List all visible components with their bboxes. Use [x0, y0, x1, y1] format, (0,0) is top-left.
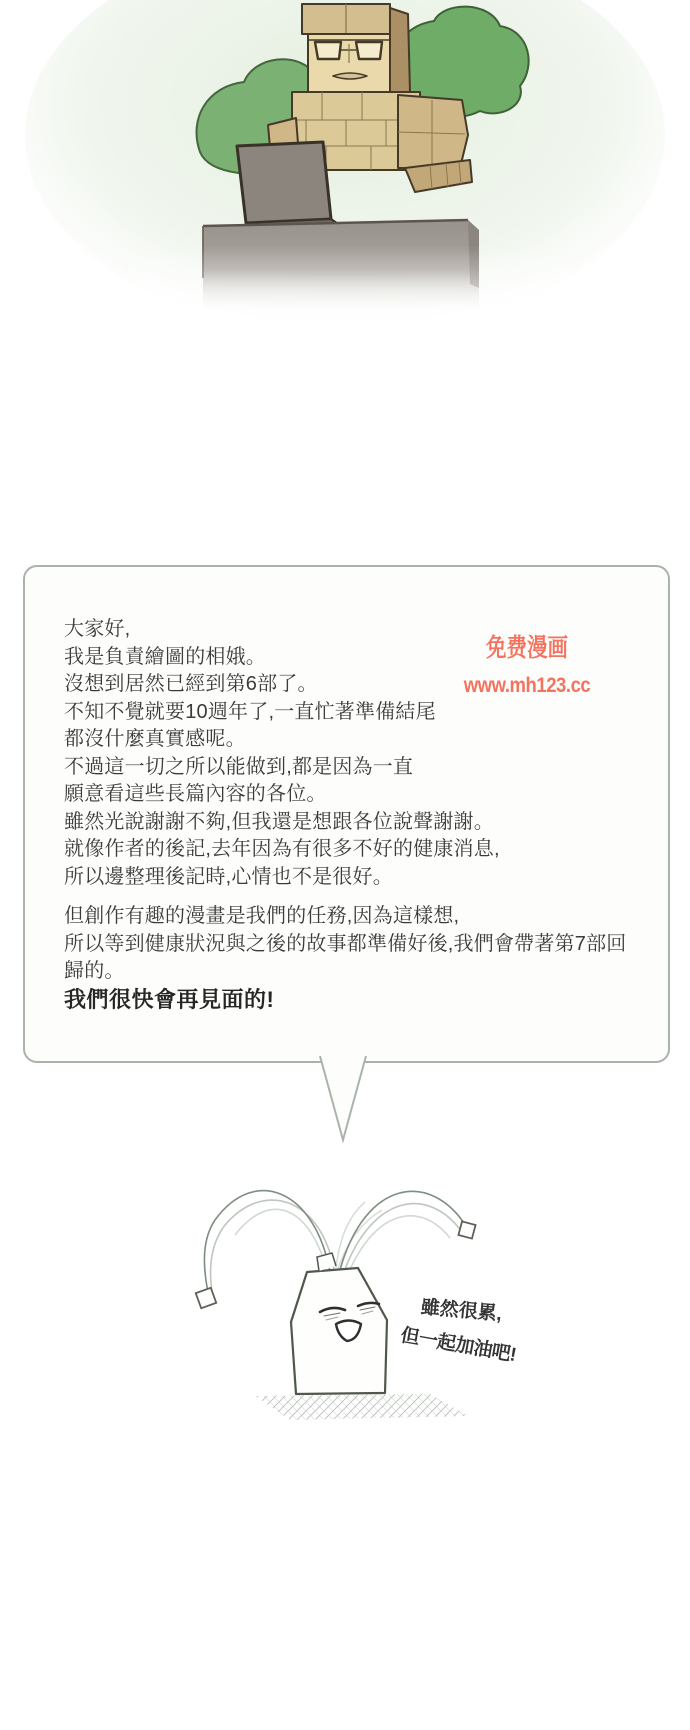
- text-line: 沒想到居然已經到第6部了。: [64, 673, 318, 695]
- string-tag-left: [196, 1288, 217, 1309]
- text-line: 所以等到健康狀況與之後的故事都準備好後,我們會帶著第7部回歸的。: [64, 933, 626, 983]
- golem-mouth: [333, 73, 367, 79]
- text-line: 都沒什麼真實感呢。: [64, 728, 246, 750]
- text-line: 不知不覺就要10週年了,一直忙著準備結尾: [64, 701, 436, 723]
- text-line: 雖然光說謝謝不夠,但我還是想跟各位說聲謝謝。: [64, 811, 494, 833]
- text-line: 不過這一切之所以能做到,都是因為一直: [64, 756, 413, 778]
- string-tag-right: [458, 1221, 475, 1238]
- golem-eye-right: [356, 42, 382, 59]
- text-line: 願意看這些長篇內容的各位。: [64, 783, 327, 805]
- watermark-url: www.mh123.cc: [439, 675, 615, 696]
- golem-illustration: [0, 0, 690, 340]
- teabag-string-right: [336, 1191, 466, 1274]
- watermark: 免费漫画 www.mh123.cc: [427, 636, 627, 696]
- text-line: 但創作有趣的漫畫是我們的任務,因為這樣想,: [64, 905, 459, 927]
- golem-arm-right: [398, 95, 468, 168]
- comic-page: 大家好, 我是負責繪圖的相娥。 沒想到居然已經到第6部了。 不知不覺就要10週年…: [0, 0, 690, 1730]
- text-line: 所以邊整理後記時,心情也不是很好。: [64, 866, 393, 888]
- closing-line: 我們很快會再見面的!: [64, 986, 639, 1014]
- watermark-title: 免费漫画: [445, 636, 609, 661]
- paragraph-2: 但創作有趣的漫畫是我們的任務,因為這樣想, 所以等到健康狀況與之後的故事都準備好…: [64, 903, 639, 986]
- text-line: 大家好,: [64, 618, 130, 640]
- golem-eye-left: [315, 42, 341, 59]
- text-line: 我是負責繪圖的相娥。: [64, 646, 266, 668]
- ground-shadow: [255, 1394, 468, 1420]
- bubble-tail: [0, 1050, 690, 1160]
- teabag-mascot-illustration: [0, 1150, 690, 1450]
- text-line: 就像作者的後記,去年因為有很多不好的健康消息,: [64, 838, 500, 860]
- bottom-fade: [130, 245, 570, 340]
